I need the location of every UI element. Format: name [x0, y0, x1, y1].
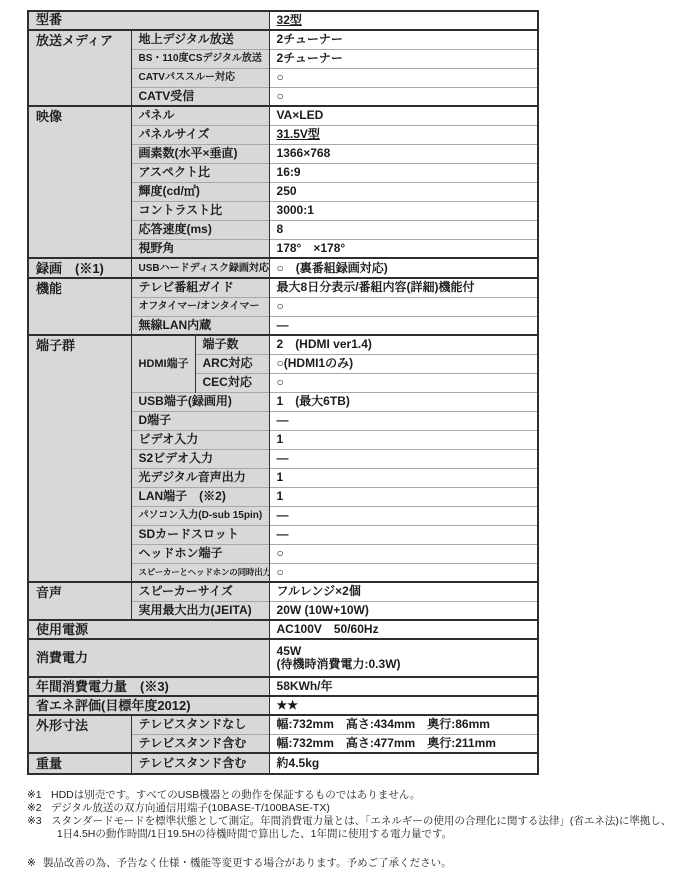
spec-value-cell: ○ — [269, 297, 538, 316]
spec-value-cell: ○ — [269, 87, 538, 106]
spec-value-cell: 2チューナー — [269, 30, 538, 49]
spec-category-cell: 音声 — [28, 582, 131, 620]
spec-label-cell: SDカードスロット — [131, 525, 269, 544]
spec-label-cell: CATVパススルー対応 — [131, 68, 269, 87]
table-row: 音声スピーカーサイズフルレンジ×2個 — [28, 582, 538, 601]
spec-value-cell: ○ — [269, 373, 538, 392]
spec-category-cell: 外形寸法 — [28, 715, 131, 753]
spec-value-cell: 幅:732mm 高さ:434mm 奥行:86mm — [269, 715, 538, 734]
spec-value-cell: ○ — [269, 68, 538, 87]
spec-label-cell: 画素数(水平×垂直) — [131, 144, 269, 163]
spec-label-cell: 型番 — [28, 11, 269, 30]
spec-value-cell: ― — [269, 316, 538, 335]
spec-value-cell: 1 — [269, 487, 538, 506]
spec-value-cell: 1 (最大6TB) — [269, 392, 538, 411]
spec-label-cell: アスペクト比 — [131, 163, 269, 182]
spec-value-cell: ― — [269, 525, 538, 544]
spec-label-cell: テレビ番組ガイド — [131, 278, 269, 297]
spec-label-cell: 視野角 — [131, 239, 269, 258]
spec-category-cell: 映像 — [28, 106, 131, 258]
footnote-marker: ※3 — [27, 815, 51, 841]
spec-value-cell: 最大8日分表示/番組内容(詳細)機能付 — [269, 278, 538, 297]
spec-label-cell: 端子数 — [195, 335, 269, 354]
spec-label-cell: オフタイマー/オンタイマー — [131, 297, 269, 316]
table-row: 年間消費電力量 (※3)58KWh/年 — [28, 677, 538, 696]
table-row: 型番32型 — [28, 11, 538, 30]
spec-label-cell: LAN端子 (※2) — [131, 487, 269, 506]
spec-value-cell: AC100V 50/60Hz — [269, 620, 538, 639]
table-row: 重量テレビスタンド含む約4.5kg — [28, 753, 538, 773]
page: { "colors": { "cell_grey": "#d8d8d8", "b… — [0, 0, 676, 881]
spec-value-cell: 178° ×178° — [269, 239, 538, 258]
spec-value-cell: ― — [269, 506, 538, 525]
table-row: 使用電源AC100V 50/60Hz — [28, 620, 538, 639]
spec-value-cell: ★★ — [269, 696, 538, 715]
footnote-marker: ※1 — [27, 789, 51, 802]
spec-table-body: 型番32型放送メディア地上デジタル放送2チューナーBS・110度CSデジタル放送… — [28, 11, 538, 774]
footnote-text: スタンダードモードを標準状態として測定。年間消費電力量とは、「エネルギーの使用の… — [51, 815, 671, 841]
spec-label-cell: コントラスト比 — [131, 201, 269, 220]
spec-value-cell: ○(HDMI1のみ) — [269, 354, 538, 373]
footnote-text: HDDは別売です。すべてのUSB機器との動作を保証するものではありません。 — [51, 789, 420, 802]
spec-value-cell: 45W (待機時消費電力:0.3W) — [269, 639, 538, 677]
spec-value-cell: 31.5V型 — [269, 125, 538, 144]
spec-value-cell: 1 — [269, 468, 538, 487]
spec-value-cell: 1 — [269, 430, 538, 449]
spec-label-cell: パネルサイズ — [131, 125, 269, 144]
spec-label-cell: スピーカーサイズ — [131, 582, 269, 601]
table-row: 省エネ評価(目標年度2012)★★ — [28, 696, 538, 715]
spec-value-cell: 2 (HDMI ver1.4) — [269, 335, 538, 354]
spec-value-cell: 32型 — [269, 11, 538, 30]
spec-value-cell: VA×LED — [269, 106, 538, 125]
footnote-text: デジタル放送の双方向通信用端子(10BASE-T/100BASE-TX) — [51, 802, 330, 815]
spec-table: 型番32型放送メディア地上デジタル放送2チューナーBS・110度CSデジタル放送… — [27, 10, 539, 775]
spec-label-cell: 応答速度(ms) — [131, 220, 269, 239]
spec-label-cell: 使用電源 — [28, 620, 269, 639]
spec-label-cell: ARC対応 — [195, 354, 269, 373]
spec-label-cell: USB端子(録画用) — [131, 392, 269, 411]
spec-label-cell: ヘッドホン端子 — [131, 544, 269, 563]
disclaimer-text: 製品改善の為、予告なく仕様・機能等変更する場合があります。予めご了承ください。 — [43, 857, 452, 870]
footnote-1: ※1 HDDは別売です。すべてのUSB機器との動作を保証するものではありません。 — [27, 789, 672, 802]
spec-label-cell: テレビスタンド含む — [131, 753, 269, 773]
footnote-marker: ※ — [27, 857, 43, 870]
spec-label-cell: 光デジタル音声出力 — [131, 468, 269, 487]
spec-category-cell: 放送メディア — [28, 30, 131, 106]
spec-label-cell: ビデオ入力 — [131, 430, 269, 449]
spec-value-cell: ― — [269, 411, 538, 430]
spec-label-cell: 省エネ評価(目標年度2012) — [28, 696, 269, 715]
spec-label-cell: 無線LAN内蔵 — [131, 316, 269, 335]
spec-value-cell: ○ — [269, 563, 538, 582]
spec-value-cell: フルレンジ×2個 — [269, 582, 538, 601]
spec-label-cell: D端子 — [131, 411, 269, 430]
spec-label-cell: 実用最大出力(JEITA) — [131, 601, 269, 620]
spec-value-cell: 2チューナー — [269, 49, 538, 68]
table-row: 端子群HDMI端子端子数2 (HDMI ver1.4) — [28, 335, 538, 354]
footnote-marker: ※2 — [27, 802, 51, 815]
spec-value-cell: 幅:732mm 高さ:477mm 奥行:211mm — [269, 734, 538, 753]
spec-value-cell: 20W (10W+10W) — [269, 601, 538, 620]
spec-value-cell: 16:9 — [269, 163, 538, 182]
table-row: 消費電力45W (待機時消費電力:0.3W) — [28, 639, 538, 677]
table-row: 機能テレビ番組ガイド最大8日分表示/番組内容(詳細)機能付 — [28, 278, 538, 297]
spec-label-cell: テレビスタンド含む — [131, 734, 269, 753]
spec-value-cell: ○ (裏番組録画対応) — [269, 258, 538, 278]
spec-label-cell: パネル — [131, 106, 269, 125]
disclaimer-note: ※ 製品改善の為、予告なく仕様・機能等変更する場合があります。予めご了承ください… — [27, 857, 672, 870]
spec-label-cell: 消費電力 — [28, 639, 269, 677]
spec-label-cell: スピーカーとヘッドホンの同時出力 — [131, 563, 269, 582]
spec-label-cell: BS・110度CSデジタル放送 — [131, 49, 269, 68]
spec-value-cell: 1366×768 — [269, 144, 538, 163]
spec-label-cell: S2ビデオ入力 — [131, 449, 269, 468]
spec-value-cell: ― — [269, 449, 538, 468]
spec-label-cell: 年間消費電力量 (※3) — [28, 677, 269, 696]
spec-category-cell: 機能 — [28, 278, 131, 335]
spec-value-cell: 約4.5kg — [269, 753, 538, 773]
footnotes: ※1 HDDは別売です。すべてのUSB機器との動作を保証するものではありません。… — [27, 789, 672, 870]
spec-category-cell: 録画 (※1) — [28, 258, 131, 278]
spec-value-cell: 3000:1 — [269, 201, 538, 220]
spec-value-cell: 8 — [269, 220, 538, 239]
spec-label-cell: 輝度(cd/㎡) — [131, 182, 269, 201]
spec-value-cell: ○ — [269, 544, 538, 563]
spec-category-cell: 重量 — [28, 753, 131, 773]
spec-value-cell: 58KWh/年 — [269, 677, 538, 696]
spec-label-cell: パソコン入力(D-sub 15pin) — [131, 506, 269, 525]
spec-label-cell: CEC対応 — [195, 373, 269, 392]
table-row: 外形寸法テレビスタンドなし幅:732mm 高さ:434mm 奥行:86mm — [28, 715, 538, 734]
table-row: 放送メディア地上デジタル放送2チューナー — [28, 30, 538, 49]
table-row: 映像パネルVA×LED — [28, 106, 538, 125]
spec-value-cell: 250 — [269, 182, 538, 201]
spec-label-cell: USBハードディスク録画対応 — [131, 258, 269, 278]
spec-label-cell: 地上デジタル放送 — [131, 30, 269, 49]
spec-label-cell: テレビスタンドなし — [131, 715, 269, 734]
spec-label-cell: CATV受信 — [131, 87, 269, 106]
table-row: 録画 (※1)USBハードディスク録画対応○ (裏番組録画対応) — [28, 258, 538, 278]
footnote-3: ※3 スタンダードモードを標準状態として測定。年間消費電力量とは、「エネルギーの… — [27, 815, 672, 841]
spec-category-cell: 端子群 — [28, 335, 131, 582]
spec-label-cell: HDMI端子 — [131, 335, 195, 392]
footnote-2: ※2 デジタル放送の双方向通信用端子(10BASE-T/100BASE-TX) — [27, 802, 672, 815]
